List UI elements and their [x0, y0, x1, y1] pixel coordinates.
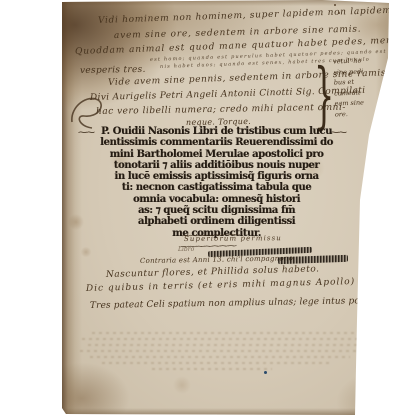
- margin-note: vetul' ho sine pedi bus et comedit eam s…: [333, 55, 365, 119]
- ink-speck: [334, 4, 336, 6]
- margin-bracket: }: [314, 52, 334, 137]
- verso-showthrough-line: [102, 362, 332, 364]
- printed-title-block: P. Ouidii Nasonis Libri de tristibus cum…: [74, 126, 359, 239]
- verse-line: Tres pateat Celi spatium non amplius uln…: [90, 296, 380, 311]
- verse-line: Nascuntur flores, et Phillida solus habe…: [106, 264, 320, 280]
- printed-title-line: as: ⁊ queq̃ scitu dignissima fm̄: [74, 205, 359, 216]
- printed-title-line: P. Ouidii Nasonis Libri de tristibus cum…: [74, 126, 359, 137]
- printed-title-line: mini Bartholomei Merulae apostolici pro: [74, 149, 359, 160]
- blue-ink-speck: [264, 371, 267, 374]
- printed-title-line: ti: necnon castigatissima tabula que: [74, 182, 359, 193]
- faint-word: Libro: [178, 246, 194, 253]
- margin-note-line: sine pedi: [333, 66, 363, 78]
- verso-showthrough-line: [88, 344, 366, 346]
- margin-note-line: eam sine: [334, 97, 364, 109]
- handwritten-line: hac vero libelli numera; credo mihi plac…: [96, 103, 346, 117]
- verso-showthrough-line: [80, 350, 362, 352]
- handwritten-line: Vidi hominem non hominem, super lapidem …: [98, 3, 420, 26]
- verso-showthrough-line: [82, 338, 367, 340]
- ink-speck: [338, 12, 340, 14]
- verso-showthrough-line: [152, 368, 272, 370]
- verso-showthrough-line: [92, 332, 362, 334]
- verse-line: Dic quibus in terris (et eris mihi magnu…: [86, 277, 355, 294]
- margin-note-line: ore.: [335, 108, 365, 120]
- printed-title-line: alphabeti ordinem diligentissi: [74, 216, 359, 227]
- margin-note-line: vetul' ho: [333, 55, 363, 67]
- printed-title-line: in lucē emissis aptissimisq̃ figuris orn…: [74, 171, 359, 182]
- printed-title-line: tonotarii ⁊ aliis additiōibus nouis nupe…: [74, 160, 359, 171]
- manuscript-page: Vidi hominem non hominem, super lapidem …: [62, 0, 390, 415]
- ink-scribble: [278, 255, 348, 264]
- verso-showthrough-line: [90, 356, 350, 358]
- printed-title-line: omnia vocabula: omnesq̃ histori: [74, 194, 359, 205]
- printed-title-line: lentissimis commentariis Reuerendissimi …: [74, 137, 359, 148]
- scanned-document-view: Vidi hominem non hominem, super lapidem …: [0, 0, 420, 420]
- cancelled-note: Contraria est Anni 13. chi'l compagnono: [140, 254, 293, 265]
- handwritten-line: vesperis tres.: [80, 65, 146, 76]
